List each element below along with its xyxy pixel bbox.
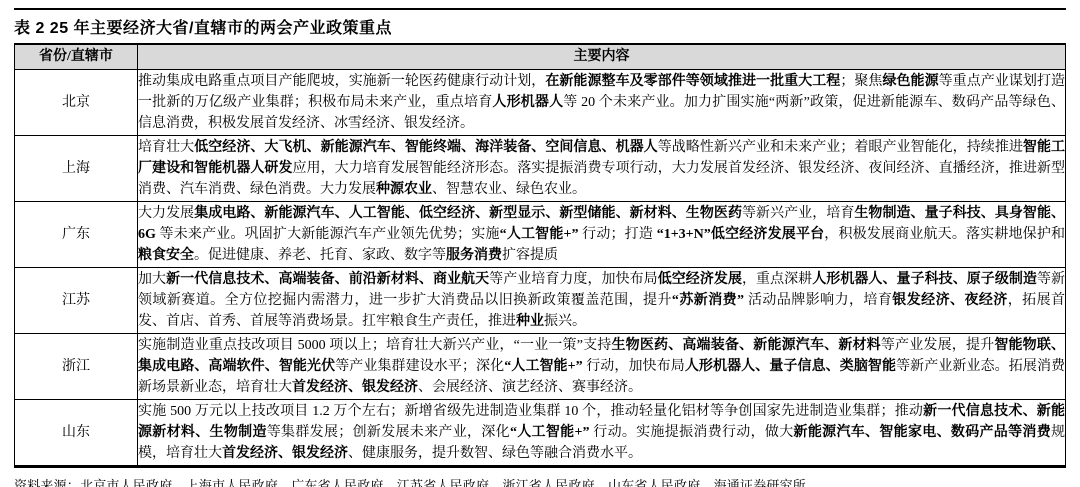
body-text: 、健康服务，提升数智、绿色等融合消费水平。 bbox=[348, 446, 642, 461]
highlighted-text: 新一代信息技术、高端装备、前沿新材料、商业航天 bbox=[166, 272, 489, 287]
province-cell: 山东 bbox=[15, 400, 138, 467]
document-page: 表 2 25 年主要经济大省/直辖市的两会产业政策重点 省份/直辖市 主要内容 … bbox=[0, 8, 1080, 487]
highlighted-text: 银发经济、夜经济 bbox=[892, 293, 1007, 308]
body-text: 、智慧农业、绿色农业。 bbox=[432, 182, 586, 197]
highlighted-text: 新能源汽车、智能家电、数码产品等消费 bbox=[794, 425, 1052, 440]
highlighted-text: 首发经济、银发经济 bbox=[222, 446, 348, 461]
highlighted-text: 人形机器人 bbox=[492, 95, 563, 110]
content-cell: 培育壮大低空经济、大飞机、新能源汽车、智能终端、海洋装备、空间信息、机器人等战略… bbox=[138, 136, 1066, 202]
body-text: 行动，加快布局 bbox=[583, 359, 685, 374]
highlighted-text: 人形机器人、量子科技、原子级制造 bbox=[812, 272, 1037, 287]
body-text: 等新兴产业，培育 bbox=[742, 206, 854, 221]
highlighted-text: 低空经济、大飞机、新能源汽车、智能终端、海洋装备、空间信息、机器人 bbox=[194, 140, 658, 155]
highlighted-text: 绿色能源 bbox=[882, 74, 938, 89]
body-text: 行动；打造 bbox=[578, 227, 656, 242]
province-cell: 北京 bbox=[15, 70, 138, 136]
highlighted-text: “人工智能+” bbox=[504, 359, 582, 374]
body-text: 等战略性新兴产业和未来产业；着眼产业智能化，持续推进 bbox=[658, 140, 1023, 155]
highlighted-text: “1+3+N”低空经济发展平台 bbox=[657, 227, 825, 242]
body-text: 。促进健康、养老、托育、家政、数字等 bbox=[194, 248, 446, 263]
policy-table: 省份/直辖市 主要内容 北京推动集成电路重点项目产能爬坡，实施新一轮医药健康行动… bbox=[14, 43, 1066, 468]
highlighted-text: 集成电路、新能源汽车、人工智能、低空经济、新型显示、新型储能、新材料、生物医药 bbox=[194, 206, 742, 221]
highlighted-text: “苏新消费” bbox=[672, 293, 744, 308]
body-text: 实施 500 万元以上技改项目 1.2 万个左右；新增省级先进制造业集群 10 … bbox=[138, 404, 923, 419]
content-cell: 实施 500 万元以上技改项目 1.2 万个左右；新增省级先进制造业集群 10 … bbox=[138, 400, 1066, 467]
highlighted-text: 种业 bbox=[516, 314, 544, 329]
body-text: 实施制造业重点技改项目 5000 项以上；培育壮大新兴产业，“一业一策”支持 bbox=[138, 338, 611, 353]
body-text: ，重点深耕 bbox=[742, 272, 812, 287]
body-text: 等集群发展；创新发展未来产业，深化 bbox=[267, 425, 510, 440]
body-text: 等未来产业。巩固扩大新能源汽车产业领先优势；实施 bbox=[156, 227, 500, 242]
top-rule bbox=[14, 8, 1066, 10]
header-cell-content: 主要内容 bbox=[138, 44, 1066, 70]
body-text: 等产业发展，提升 bbox=[881, 338, 994, 353]
content-cell: 推动集成电路重点项目产能爬坡，实施新一轮医药健康行动计划，在新能源整车及零部件等… bbox=[138, 70, 1066, 136]
table-row: 山东实施 500 万元以上技改项目 1.2 万个左右；新增省级先进制造业集群 1… bbox=[15, 400, 1066, 467]
body-text: 等产业集群建设水平；深化 bbox=[335, 359, 504, 374]
body-text: 培育壮大 bbox=[138, 140, 194, 155]
body-text: 、会展经济、演艺经济、赛事经济。 bbox=[418, 380, 642, 395]
highlighted-text: 种源农业 bbox=[376, 182, 432, 197]
table-row: 浙江实施制造业重点技改项目 5000 项以上；培育壮大新兴产业，“一业一策”支持… bbox=[15, 334, 1066, 400]
province-cell: 上海 bbox=[15, 136, 138, 202]
table-row: 上海培育壮大低空经济、大飞机、新能源汽车、智能终端、海洋装备、空间信息、机器人等… bbox=[15, 136, 1066, 202]
body-text: 推动集成电路重点项目产能爬坡，实施新一轮医药健康行动计划， bbox=[138, 74, 545, 89]
highlighted-text: “人工智能+” bbox=[500, 227, 579, 242]
table-row: 广东大力发展集成电路、新能源汽车、人工智能、低空经济、新型显示、新型储能、新材料… bbox=[15, 202, 1066, 268]
source-note: 资料来源：北京市人民政府、上海市人民政府、广东省人民政府、江苏省人民政府、浙江省… bbox=[14, 475, 1066, 487]
table-row: 江苏加大新一代信息技术、高端装备、前沿新材料、商业航天等产业培育力度，加快布局低… bbox=[15, 268, 1066, 334]
province-cell: 浙江 bbox=[15, 334, 138, 400]
highlighted-text: 粮食安全 bbox=[138, 248, 194, 263]
content-cell: 大力发展集成电路、新能源汽车、人工智能、低空经济、新型显示、新型储能、新材料、生… bbox=[138, 202, 1066, 268]
table-header: 省份/直辖市 主要内容 bbox=[15, 44, 1066, 70]
province-cell: 江苏 bbox=[15, 268, 138, 334]
body-text: 大力发展 bbox=[138, 206, 194, 221]
highlighted-text: 服务消费 bbox=[446, 248, 502, 263]
body-text: 振兴。 bbox=[544, 314, 586, 329]
highlighted-text: 首发经济、银发经济 bbox=[292, 380, 418, 395]
table-title: 表 2 25 年主要经济大省/直辖市的两会产业政策重点 bbox=[14, 15, 1066, 38]
highlighted-text: 低空经济发展 bbox=[658, 272, 742, 287]
content-cell: 加大新一代信息技术、高端装备、前沿新材料、商业航天等产业培育力度，加快布局低空经… bbox=[138, 268, 1066, 334]
body-text: 加大 bbox=[138, 272, 166, 287]
table-body: 北京推动集成电路重点项目产能爬坡，实施新一轮医药健康行动计划，在新能源整车及零部… bbox=[15, 70, 1066, 467]
header-cell-province: 省份/直辖市 bbox=[15, 44, 138, 70]
body-text: 等产业培育力度，加快布局 bbox=[489, 272, 658, 287]
highlighted-text: 生物医药、高端装备、新能源汽车、新材料 bbox=[611, 338, 880, 353]
body-text: 扩容提质 bbox=[502, 248, 558, 263]
header-row: 省份/直辖市 主要内容 bbox=[15, 44, 1066, 70]
highlighted-text: 在新能源整车及零部件等领域推进一批重大工程 bbox=[545, 74, 840, 89]
highlighted-text: 人形机器人、量子信息、类脑智能 bbox=[685, 359, 896, 374]
province-cell: 广东 bbox=[15, 202, 138, 268]
body-text: 活动品牌影响力，培育 bbox=[744, 293, 892, 308]
body-text: 行动。实施提振消费行动，做大 bbox=[589, 425, 793, 440]
content-cell: 实施制造业重点技改项目 5000 项以上；培育壮大新兴产业，“一业一策”支持生物… bbox=[138, 334, 1066, 400]
table-row: 北京推动集成电路重点项目产能爬坡，实施新一轮医药健康行动计划，在新能源整车及零部… bbox=[15, 70, 1066, 136]
body-text: ；聚焦 bbox=[840, 74, 882, 89]
body-text: ，积极发展商业航天。落实耕地保护和 bbox=[824, 227, 1065, 242]
highlighted-text: “人工智能+” bbox=[510, 425, 590, 440]
